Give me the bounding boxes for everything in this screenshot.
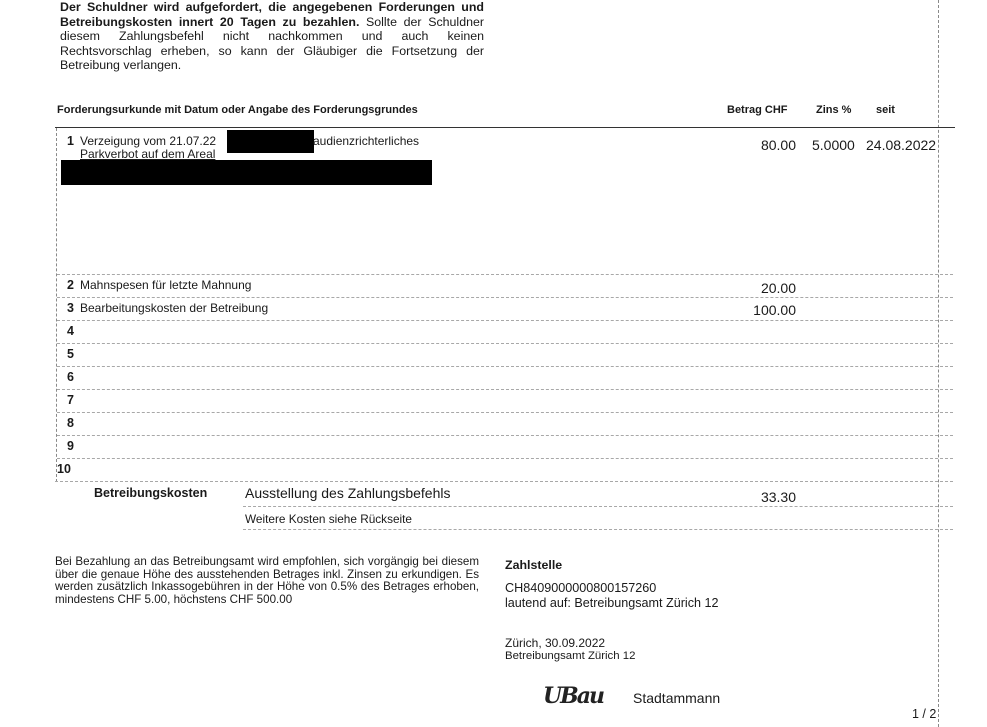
row-divider xyxy=(57,389,953,390)
costs-label: Betreibungskosten xyxy=(94,486,207,500)
row-text: Parkverbot auf dem Areal xyxy=(80,147,215,161)
office-name: Betreibungsamt Zürich 12 xyxy=(505,650,635,663)
row-divider xyxy=(57,366,953,367)
row-number: 5 xyxy=(67,347,74,361)
payment-note: Bei Bezahlung an das Betreibungsamt wird… xyxy=(55,556,479,607)
row-divider xyxy=(57,458,953,459)
row-divider xyxy=(57,297,953,298)
header-amount: Betrag CHF xyxy=(727,104,788,116)
row-text: Verzeigung vom 21.07.22 xyxy=(80,134,216,148)
row-interest: 5.0000 xyxy=(812,137,855,153)
table-left-border xyxy=(56,128,57,482)
row-number: 4 xyxy=(67,324,74,338)
table-top-border xyxy=(55,127,955,128)
signatory-title: Stadtammann xyxy=(633,690,720,706)
row-number: 6 xyxy=(67,370,74,384)
row-divider xyxy=(57,343,953,344)
row-number: 10 xyxy=(57,462,71,476)
row-amount: 100.00 xyxy=(753,302,796,318)
header-since: seit xyxy=(876,104,895,116)
iban: CH8409000000800157260 xyxy=(505,581,719,596)
intro-paragraph: Der Schuldner wird aufgefordert, die ang… xyxy=(60,0,484,73)
costs-more: Weitere Kosten siehe Rückseite xyxy=(245,512,412,526)
payment-title: Zahlstelle xyxy=(505,558,562,572)
row-amount: 80.00 xyxy=(761,137,796,153)
row-text: Mahnspesen für letzte Mahnung xyxy=(80,278,251,292)
costs-divider xyxy=(243,529,953,530)
issuer-block: Zürich, 30.09.2022 Betreibungsamt Zürich… xyxy=(505,637,635,663)
payment-details: CH8409000000800157260 lautend auf: Betre… xyxy=(505,581,719,611)
costs-issue-amount: 33.30 xyxy=(761,489,796,505)
place-date: Zürich, 30.09.2022 xyxy=(505,637,635,650)
row-text: audienzrichterliches xyxy=(313,134,419,148)
page-number: 1 / 2 xyxy=(912,707,936,721)
fold-line xyxy=(938,0,939,727)
redaction-box xyxy=(61,160,432,185)
row-number: 7 xyxy=(67,393,74,407)
row-number: 2 xyxy=(67,278,74,292)
header-interest: Zins % xyxy=(816,104,851,116)
row-amount: 20.00 xyxy=(761,280,796,296)
row-number: 1 xyxy=(67,134,74,148)
header-description: Forderungsurkunde mit Datum oder Angabe … xyxy=(57,104,418,116)
row-since: 24.08.2022 xyxy=(866,137,936,153)
row-divider xyxy=(57,320,953,321)
row-number: 8 xyxy=(67,416,74,430)
row-text: Bearbeitungskosten der Betreibung xyxy=(80,301,268,315)
account-holder: lautend auf: Betreibungsamt Zürich 12 xyxy=(505,596,719,611)
costs-issue-label: Ausstellung des Zahlungsbefehls xyxy=(245,485,450,501)
row-divider xyxy=(57,274,953,275)
row-divider xyxy=(57,412,953,413)
signature: UBau xyxy=(543,683,603,709)
row-number: 9 xyxy=(67,439,74,453)
row-divider xyxy=(57,435,953,436)
row-number: 3 xyxy=(67,301,74,315)
costs-divider xyxy=(243,506,953,507)
redaction-box xyxy=(227,130,314,153)
row-divider xyxy=(55,481,953,482)
